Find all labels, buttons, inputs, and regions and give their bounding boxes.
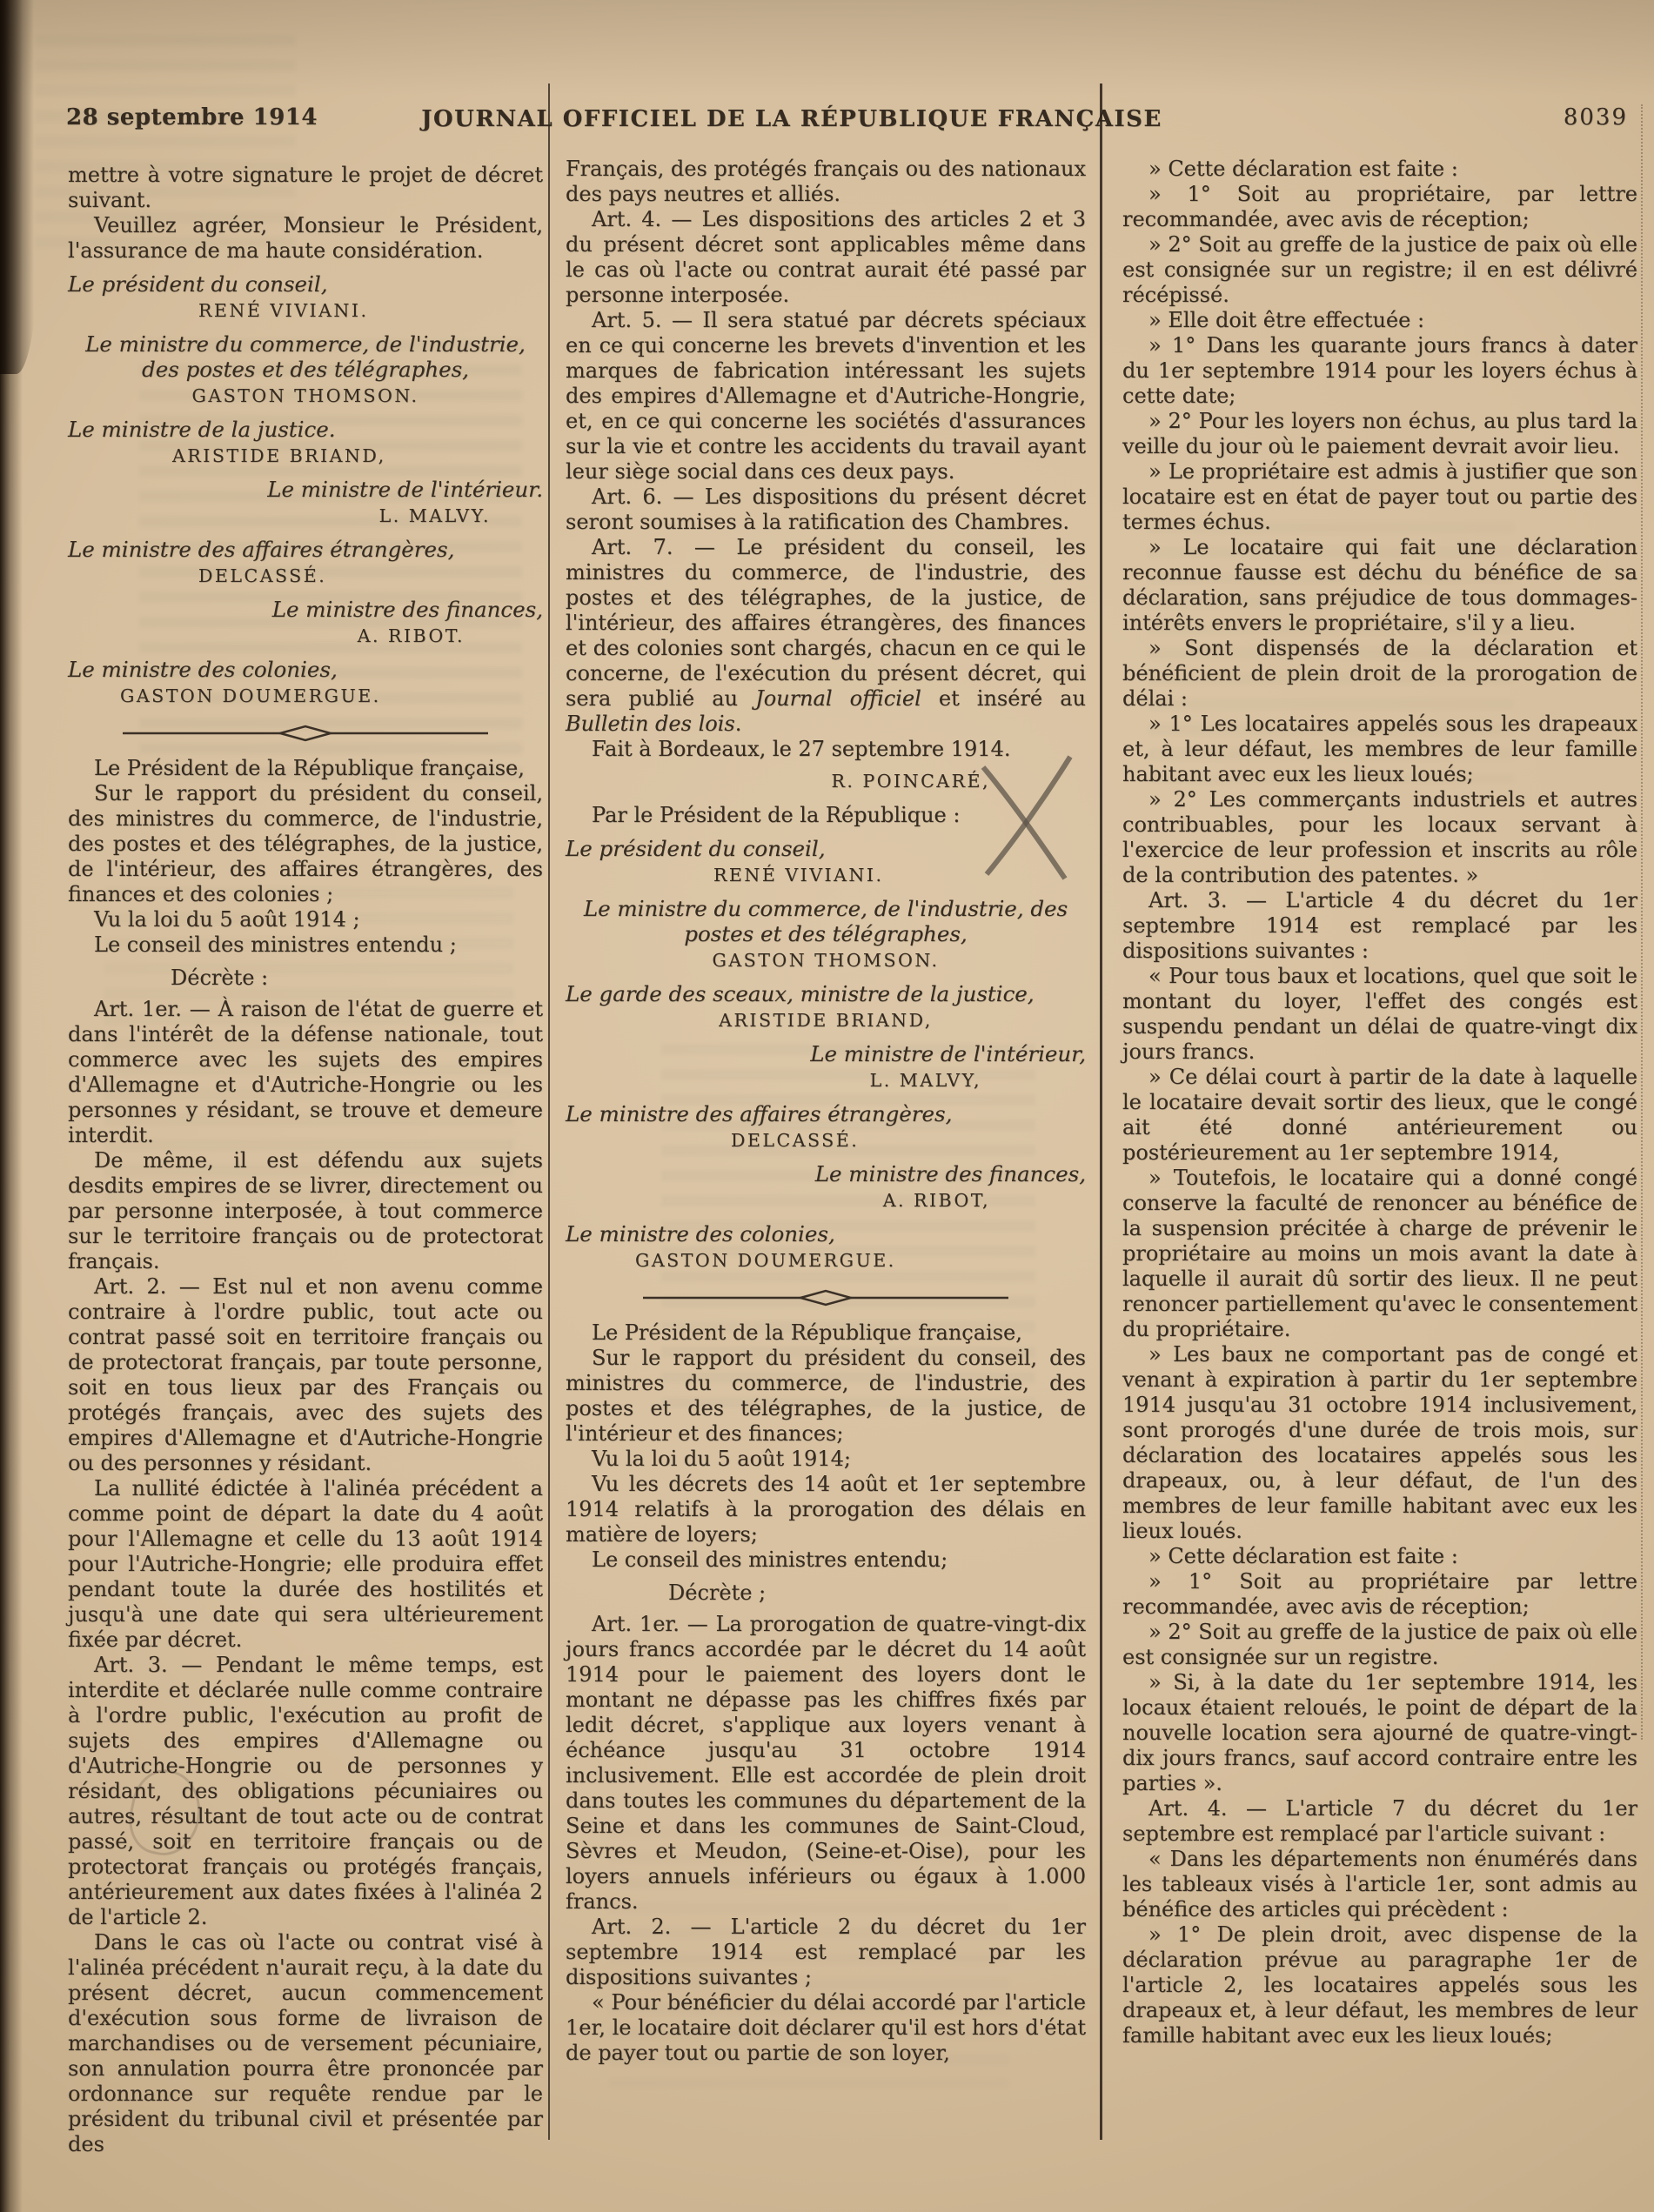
paragraph: » Cette déclaration est faite : <box>1122 157 1637 182</box>
paragraph: Art. 4. — L'article 7 du décret du 1er s… <box>1122 1796 1637 1847</box>
paragraph: mettre à votre signature le projet de dé… <box>68 163 543 213</box>
paragraph: Veuillez agréer, Monsieur le Président, … <box>68 213 543 264</box>
paragraph: « Dans les départements non énumérés dan… <box>1122 1847 1637 1922</box>
signature-name: GASTON DOUMERGUE. <box>566 1248 1086 1273</box>
paragraph: » Les baux ne comportant pas de congé et… <box>1122 1342 1637 1544</box>
paragraph: » 2° Soit au greffe de la justice de pai… <box>1122 1620 1637 1670</box>
signature-name: RENÉ VIVIANI. <box>68 298 543 324</box>
signature-role: Le ministre des finances, <box>68 597 543 622</box>
paragraph: » 1° Soit au propriétaire par lettre rec… <box>1122 1569 1637 1620</box>
bulletin-des-lois-italic: Bulletin des lois <box>566 712 735 736</box>
paragraph: « Pour tous baux et locations, quel que … <box>1122 964 1637 1065</box>
column-center: Français, des protégés français ou des n… <box>566 157 1086 2066</box>
paragraph: Sur le rapport du président du conseil, … <box>566 1346 1086 1447</box>
paragraph: » 1° Les locataires appelés sous les dra… <box>1122 712 1637 787</box>
signature-name: GASTON THOMSON. <box>566 948 1086 973</box>
signature-role: Le ministre de la justice. <box>68 417 543 442</box>
signature-role: Le ministre des affaires étrangères, <box>68 537 543 562</box>
paragraph: » Le locataire qui fait une déclaration … <box>1122 535 1637 636</box>
page-date: 28 septembre 1914 <box>66 104 318 130</box>
signature-name: GASTON THOMSON. <box>68 384 543 409</box>
paragraph: Art. 3. — L'article 4 du décret du 1er s… <box>1122 888 1637 964</box>
signature-name: DELCASSÉ. <box>566 1128 1086 1153</box>
paragraph: » 2° Pour les loyers non échus, au plus … <box>1122 409 1637 459</box>
paragraph: » 2° Soit au greffe de la justice de pai… <box>1122 232 1637 308</box>
paragraph: Français, des protégés français ou des n… <box>566 157 1086 207</box>
signature-role: Le président du conseil, <box>68 271 543 297</box>
paragraph: » 2° Les commerçants industriels et autr… <box>1122 787 1637 888</box>
signature-name: L. MALVY. <box>68 504 543 529</box>
paragraph: Le conseil des ministres entendu; <box>566 1547 1086 1573</box>
signature-role: Le ministre des colonies, <box>68 657 543 682</box>
paragraph: » Si, à la date du 1er septembre 1914, l… <box>1122 1670 1637 1796</box>
signature-role: Le ministre du commerce, de l'industrie,… <box>68 331 543 382</box>
paragraph: Sur le rapport du président du conseil, … <box>68 781 543 907</box>
paragraph-text: et inséré au <box>921 686 1086 711</box>
page-number: 8039 <box>1564 104 1628 130</box>
paragraph: » Sont dispensés de la déclaration et bé… <box>1122 636 1637 712</box>
paragraph: Art. 7. — Le président du conseil, les m… <box>566 535 1086 737</box>
paragraph: » 1° Dans les quarante jours francs à da… <box>1122 333 1637 409</box>
paragraph: » Ce délai court à partir de la date à l… <box>1122 1065 1637 1166</box>
paragraph: » Toutefois, le locataire qui a donné co… <box>1122 1166 1637 1342</box>
ornament-divider-icon <box>639 1287 1013 1308</box>
signature-role: Le ministre de l'intérieur. <box>68 477 543 502</box>
paragraph: » 1° Soit au propriétaire, par lettre re… <box>1122 182 1637 232</box>
page-header: 28 septembre 1914 JOURNAL OFFICIEL DE LA… <box>0 97 1654 150</box>
signature-name: A. RIBOT, <box>566 1188 1086 1213</box>
paragraph: Le Président de la République française, <box>68 756 543 781</box>
paragraph: Art. 1er. — La prorogation de quatre-vin… <box>566 1612 1086 1915</box>
ornament-divider-icon <box>118 723 492 744</box>
column-left: mettre à votre signature le projet de dé… <box>68 163 543 2157</box>
signature-role: Le ministre des colonies, <box>566 1221 1086 1246</box>
journal-officiel-italic: Journal officiel <box>755 686 921 711</box>
journal-page: 28 septembre 1914 JOURNAL OFFICIEL DE LA… <box>0 0 1654 2212</box>
paragraph: Décrète : <box>68 966 543 991</box>
paragraph: » Le propriétaire est admis à justifier … <box>1122 459 1637 535</box>
paragraph: La nullité édictée à l'alinéa précédent … <box>68 1476 543 1653</box>
signature-name: L. MALVY, <box>566 1068 1086 1093</box>
paragraph: « Pour bénéficier du délai accordé par l… <box>566 1990 1086 2066</box>
paragraph: Art. 1er. — À raison de l'état de guerre… <box>68 997 543 1148</box>
fold-line <box>1641 104 1643 1740</box>
signature-name: ARISTIDE BRIAND, <box>566 1008 1086 1033</box>
signature-role: Le garde des sceaux, ministre de la just… <box>566 981 1086 1006</box>
journal-title: JOURNAL OFFICIEL DE LA RÉPUBLIQUE FRANÇA… <box>374 106 1209 132</box>
paragraph: Dans le cas où l'acte ou contrat visé à … <box>68 1930 543 2157</box>
pencil-x-mark <box>968 748 1098 896</box>
paragraph-text: Art. 7. — Le président du conseil, les m… <box>566 535 1086 711</box>
paragraph: Art. 6. — Les dispositions du présent dé… <box>566 485 1086 535</box>
paragraph: Vu la loi du 5 août 1914; <box>566 1447 1086 1472</box>
paragraph: Art. 2. — Est nul et non avenu comme con… <box>68 1274 543 1476</box>
paragraph: Vu la loi du 5 août 1914 ; <box>68 907 543 932</box>
paragraph: Art. 4. — Les dispositions des articles … <box>566 207 1086 308</box>
signature-role: Le ministre des affaires étrangères, <box>566 1101 1086 1126</box>
paragraph: Décrète ; <box>566 1580 1086 1606</box>
paragraph: Art. 5. — Il sera statué par décrets spé… <box>566 308 1086 485</box>
paragraph: Le conseil des ministres entendu ; <box>68 932 543 958</box>
column-divider <box>548 84 550 2140</box>
paragraph: De même, il est défendu aux sujets desdi… <box>68 1148 543 1274</box>
signature-name: ARISTIDE BRIAND, <box>68 444 543 469</box>
column-right: » Cette déclaration est faite : » 1° Soi… <box>1122 157 1637 2048</box>
paragraph-text: . <box>735 712 742 736</box>
paragraph: Vu les décrets des 14 août et 1er septem… <box>566 1472 1086 1547</box>
paragraph: » Cette déclaration est faite : <box>1122 1544 1637 1569</box>
signature-name: A. RIBOT. <box>68 624 543 649</box>
paragraph: » 1° De plein droit, avec dispense de la… <box>1122 1922 1637 2048</box>
paragraph: » Elle doit être effectuée : <box>1122 308 1637 333</box>
paragraph: Le Président de la République française, <box>566 1320 1086 1346</box>
signature-name: GASTON DOUMERGUE. <box>68 684 543 709</box>
signature-role: Le ministre de l'intérieur, <box>566 1041 1086 1066</box>
column-divider <box>1100 84 1102 2140</box>
paragraph: Art. 2. — L'article 2 du décret du 1er s… <box>566 1915 1086 1990</box>
signature-name: DELCASSÉ. <box>68 564 543 589</box>
signature-role: Le ministre des finances, <box>566 1161 1086 1186</box>
signature-role: Le ministre du commerce, de l'industrie,… <box>566 896 1086 946</box>
